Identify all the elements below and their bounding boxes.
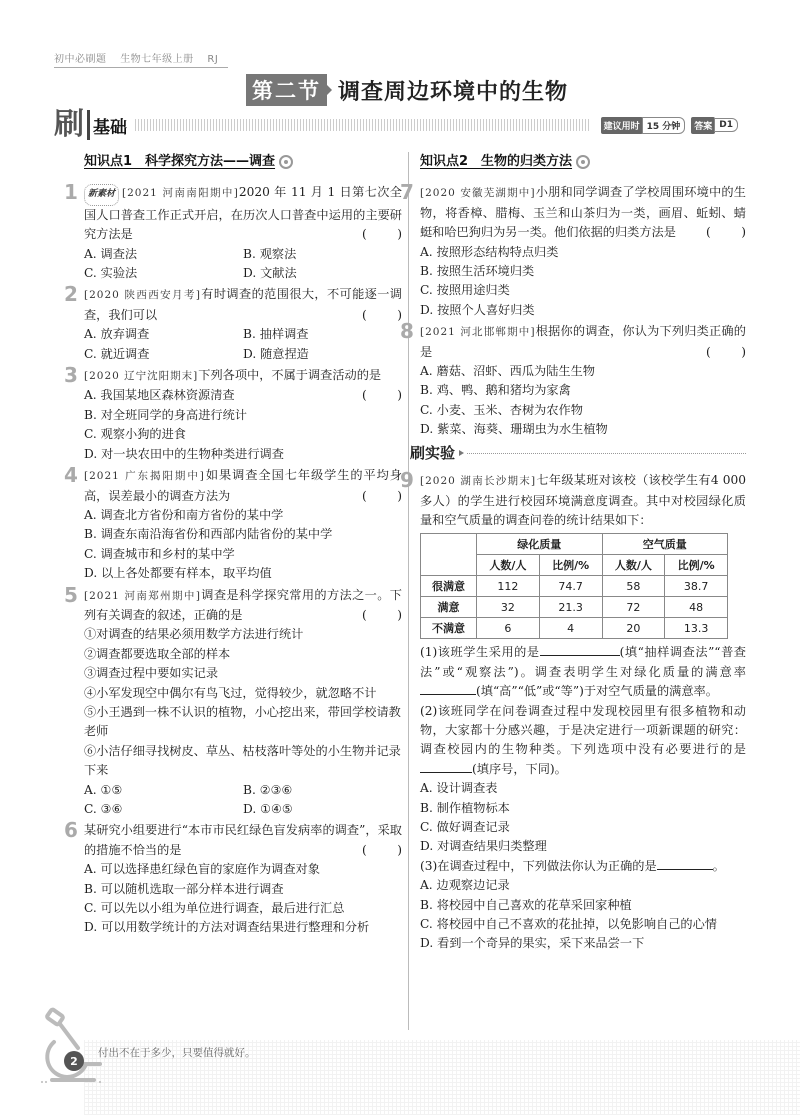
column-divider bbox=[408, 152, 409, 1030]
answer-label: 答案 bbox=[691, 117, 715, 134]
option-d[interactable]: D. 可以用数学统计的方法对调查结果进行整理和分析 bbox=[84, 918, 402, 937]
row-label: 很满意 bbox=[421, 576, 477, 597]
statement-5: ⑤小王遇到一株不认识的植物，小心挖出来，带回学校请教老师 bbox=[84, 703, 402, 742]
question-stem: 某研究小组要进行“本市市民红绿色盲发病率的调查”，采取的措施不恰当的是 bbox=[84, 823, 402, 856]
question-number: 4 bbox=[64, 464, 78, 486]
answer-paren[interactable]: () bbox=[362, 306, 402, 325]
sub-header: 人数/人 bbox=[477, 555, 540, 576]
answer-paren[interactable]: () bbox=[362, 225, 402, 244]
edition-label: RJ bbox=[207, 54, 218, 65]
option-d[interactable]: D. ①④⑤ bbox=[243, 800, 402, 819]
blank-comparison[interactable] bbox=[420, 682, 476, 695]
option-d[interactable]: D. 文献法 bbox=[243, 264, 402, 283]
brush-basic-label: 基础 bbox=[93, 113, 127, 138]
hatch-divider bbox=[135, 119, 591, 131]
statement-1: ①对调查的结果必须用数学方法进行统计 bbox=[84, 625, 402, 644]
section-name: 调查周边环境中的生物 bbox=[338, 75, 568, 106]
brush-big-char: 刷 bbox=[54, 110, 90, 140]
question-9: 9 [2020 湖南长沙期末]七年级某班对该校（该校学生有4 000多人）的学生… bbox=[420, 471, 746, 954]
question-7: 7 [2020 安徽芜湖期中]小朋和同学调查了学校周围环境中的生物，将香樟、腊梅… bbox=[420, 183, 746, 320]
option-d[interactable]: D. 以上各处都要有样本，取平均值 bbox=[84, 564, 402, 583]
answer-paren[interactable]: () bbox=[362, 386, 402, 405]
question-number: 2 bbox=[64, 283, 78, 305]
option-b[interactable]: B. 观察法 bbox=[243, 245, 402, 264]
question-source: [2021 河南南阳期中] bbox=[122, 187, 239, 199]
statement-6: ⑥小洁仔细寻找树皮、草丛、枯枝落叶等处的小生物并记录下来 bbox=[84, 742, 402, 781]
page-number: 2 bbox=[64, 1051, 84, 1071]
arrow-icon bbox=[459, 450, 464, 456]
option-b[interactable]: B. 将校园中自己喜欢的花草采回家种植 bbox=[420, 896, 746, 915]
row-label: 满意 bbox=[421, 597, 477, 618]
answer-paren[interactable]: () bbox=[362, 841, 402, 860]
sub-question-3: (3)在调查过程中，下列做法你认为正确的是。 bbox=[420, 857, 746, 876]
options: A. 调查法 B. 观察法 C. 实验法 D. 文献法 bbox=[84, 245, 402, 284]
option-b[interactable]: B. 可以随机选取一部分样本进行调查 bbox=[84, 880, 402, 899]
sub-question-1: (1)该班学生采用的是(填“抽样调查法”“普查法”或“观察法”)。调查表明学生对… bbox=[420, 643, 746, 701]
option-c[interactable]: C. 实验法 bbox=[84, 264, 243, 283]
target-icon bbox=[576, 155, 590, 169]
knowledge-point-1-title: 知识点1 科学探究方法——调查 bbox=[84, 152, 402, 171]
option-b[interactable]: B. 制作植物标本 bbox=[420, 799, 746, 818]
question-6: 6 某研究小组要进行“本市市民红绿色盲发病率的调查”，采取的措施不恰当的是 ()… bbox=[84, 821, 402, 937]
subject-title: 生物七年级上册 bbox=[120, 54, 194, 65]
survey-table: 绿化质量 空气质量 人数/人 比例/% 人数/人 比例/% 很满意 112 74… bbox=[420, 533, 728, 639]
question-number: 3 bbox=[64, 364, 78, 386]
option-d[interactable]: D. 对一块农田中的生物种类进行调查 bbox=[84, 445, 402, 464]
option-a[interactable]: A. 边观察边记录 bbox=[420, 876, 746, 895]
option-c[interactable]: C. 小麦、玉米、杏树为农作物 bbox=[420, 401, 746, 420]
option-a[interactable]: A. 调查法 bbox=[84, 245, 243, 264]
suggested-time-label: 建议用时 bbox=[601, 117, 643, 134]
question-8: 8 [2021 河北邯郸期中]根据你的调查，你认为下列归类正确的是 () A. … bbox=[420, 322, 746, 439]
section-tag: 第二节 bbox=[246, 74, 327, 106]
option-c[interactable]: C. 观察小狗的进食 bbox=[84, 425, 402, 444]
experiment-heading: 刷实验 bbox=[410, 444, 746, 463]
options: A. ①⑤ B. ②③⑥ C. ③⑥ D. ①④⑤ bbox=[84, 781, 402, 820]
dotted-divider bbox=[467, 453, 746, 454]
question-number: 5 bbox=[64, 584, 78, 606]
target-icon bbox=[279, 155, 293, 169]
option-b[interactable]: B. 按照生活环境归类 bbox=[420, 262, 746, 281]
row-label: 不满意 bbox=[421, 618, 477, 639]
statement-2: ②调查都要选取全部的样本 bbox=[84, 645, 402, 664]
group-header-greening: 绿化质量 bbox=[477, 534, 602, 555]
option-d[interactable]: D. 按照个人喜好归类 bbox=[420, 301, 746, 320]
running-header: 初中必刷题 生物七年级上册 RJ bbox=[54, 50, 228, 68]
option-d[interactable]: D. 对调查结果归类整理 bbox=[420, 837, 746, 856]
question-source: [2020 辽宁沈阳期末] bbox=[84, 370, 198, 382]
question-number: 7 bbox=[400, 181, 414, 203]
right-column: 知识点2 生物的归类方法 7 [2020 安徽芜湖期中]小朋和同学调查了学校周围… bbox=[420, 152, 746, 956]
answer-paren[interactable]: () bbox=[362, 487, 402, 506]
option-b[interactable]: B. 抽样调查 bbox=[243, 325, 402, 344]
question-source: [2021 河北邯郸期中] bbox=[420, 326, 536, 338]
option-d[interactable]: D. 看到一个奇异的果实，采下来品尝一下 bbox=[420, 934, 746, 953]
option-c[interactable]: C. 可以先以小组为单位进行调查，最后进行汇总 bbox=[84, 899, 402, 918]
question-5: 5 [2021 河南郑州期中]调查是科学探究常用的方法之一。下列有关调查的叙述，… bbox=[84, 586, 402, 820]
blank-method[interactable] bbox=[540, 643, 620, 656]
knowledge-point-2-title: 知识点2 生物的归类方法 bbox=[420, 152, 746, 171]
question-number: 8 bbox=[400, 320, 414, 342]
option-a[interactable]: A. 我国某地区森林资源清查 bbox=[84, 386, 402, 405]
book-title: 初中必刷题 bbox=[54, 54, 107, 65]
question-number: 6 bbox=[64, 819, 78, 841]
corner-cell bbox=[421, 534, 477, 576]
option-d[interactable]: D. 随意捏造 bbox=[243, 345, 402, 364]
sub-question-2: (2)该班同学在问卷调查过程中发现校园里有很多植物和动物，大家都十分感兴趣，于是… bbox=[420, 702, 746, 780]
table-row: 很满意 112 74.7 58 38.7 bbox=[421, 576, 728, 597]
answer-paren[interactable]: () bbox=[362, 606, 402, 625]
option-c[interactable]: C. 按照用途归类 bbox=[420, 281, 746, 300]
question-stem: 下列各项中，不属于调查活动的是 bbox=[198, 368, 381, 382]
option-a[interactable]: A. 可以选择患红绿色盲的家庭作为调查对象 bbox=[84, 860, 402, 879]
sub-header: 比例/% bbox=[665, 555, 728, 576]
option-a[interactable]: A. ①⑤ bbox=[84, 781, 243, 800]
brush-basic-bar: 刷 基础 建议用时 15 分钟 答案 D1 bbox=[54, 108, 744, 142]
statement-4: ④小军发现空中偶尔有鸟飞过，觉得较少，就忽略不计 bbox=[84, 684, 402, 703]
blank-unnecessary[interactable] bbox=[420, 760, 472, 773]
table-row: 不满意 6 4 20 13.3 bbox=[421, 618, 728, 639]
new-material-badge: 新素材 bbox=[84, 184, 119, 205]
section-tag-arrow-icon bbox=[327, 85, 332, 95]
option-b[interactable]: B. 调查东南沿海省份和西部内陆省份的某中学 bbox=[84, 525, 402, 544]
option-b[interactable]: B. 鸡、鸭、鹅和猪均为家禽 bbox=[420, 381, 746, 400]
answer-paren[interactable]: () bbox=[706, 223, 746, 242]
option-b[interactable]: B. ②③⑥ bbox=[243, 781, 402, 800]
question-number: 9 bbox=[400, 469, 414, 491]
question-source: [2020 安徽芜湖期中] bbox=[420, 187, 536, 199]
sub-header: 比例/% bbox=[539, 555, 602, 576]
statement-3: ③调查过程中要如实记录 bbox=[84, 664, 402, 683]
answer-paren[interactable]: () bbox=[706, 343, 746, 362]
question-source: [2020 湖南长沙期末] bbox=[420, 475, 536, 487]
question-3: 3 [2020 辽宁沈阳期末]下列各项中，不属于调查活动的是 () A. 我国某… bbox=[84, 366, 402, 464]
option-a[interactable]: A. 放弃调查 bbox=[84, 325, 243, 344]
sub-header: 人数/人 bbox=[602, 555, 665, 576]
option-d[interactable]: D. 紫菜、海葵、珊瑚虫为水生植物 bbox=[420, 420, 746, 439]
question-source: [2021 河南郑州期中] bbox=[84, 590, 201, 602]
option-a[interactable]: A. 设计调查表 bbox=[420, 779, 746, 798]
answer-page: D1 bbox=[714, 118, 738, 132]
footer-motto: 付出不在于多少，只要值得就好。 bbox=[98, 1045, 256, 1060]
options: A. 放弃调查 B. 抽样调查 C. 就近调查 D. 随意捏造 bbox=[84, 325, 402, 364]
option-c[interactable]: C. 将校园中自己不喜欢的花扯掉，以免影响自己的心情 bbox=[420, 915, 746, 934]
suggested-time-value: 15 分钟 bbox=[642, 117, 686, 134]
option-a[interactable]: A. 按照形态结构特点归类 bbox=[420, 243, 746, 262]
table-row: 满意 32 21.3 72 48 bbox=[421, 597, 728, 618]
section-title: 第二节 调查周边环境中的生物 bbox=[246, 74, 568, 106]
option-c[interactable]: C. 做好调查记录 bbox=[420, 818, 746, 837]
question-2: 2 [2020 陕西西安月考]有时调查的范围很大，不可能逐一调查，我们可以 ()… bbox=[84, 285, 402, 364]
left-column: 知识点1 科学探究方法——调查 1 新素材[2021 河南南阳期中]2020 年… bbox=[84, 152, 402, 940]
blank-correct[interactable] bbox=[657, 857, 713, 870]
option-a[interactable]: A. 调查北方省份和南方省份的某中学 bbox=[84, 506, 402, 525]
option-c[interactable]: C. 就近调查 bbox=[84, 345, 243, 364]
question-1: 1 新素材[2021 河南南阳期中]2020 年 11 月 1 日第七次全国人口… bbox=[84, 183, 402, 283]
option-a[interactable]: A. 蘑菇、沼虾、西瓜为陆生生物 bbox=[420, 362, 746, 381]
group-header-air: 空气质量 bbox=[602, 534, 727, 555]
option-b[interactable]: B. 对全班同学的身高进行统计 bbox=[84, 406, 402, 425]
option-c[interactable]: C. 调查城市和乡村的某中学 bbox=[84, 545, 402, 564]
question-4: 4 [2021 广东揭阳期中]如果调查全国七年级学生的平均身高，误差最小的调查方… bbox=[84, 466, 402, 583]
question-source: [2021 广东揭阳期中] bbox=[84, 470, 205, 482]
option-c[interactable]: C. ③⑥ bbox=[84, 800, 243, 819]
question-source: [2020 陕西西安月考] bbox=[84, 289, 201, 301]
question-number: 1 bbox=[64, 181, 78, 203]
